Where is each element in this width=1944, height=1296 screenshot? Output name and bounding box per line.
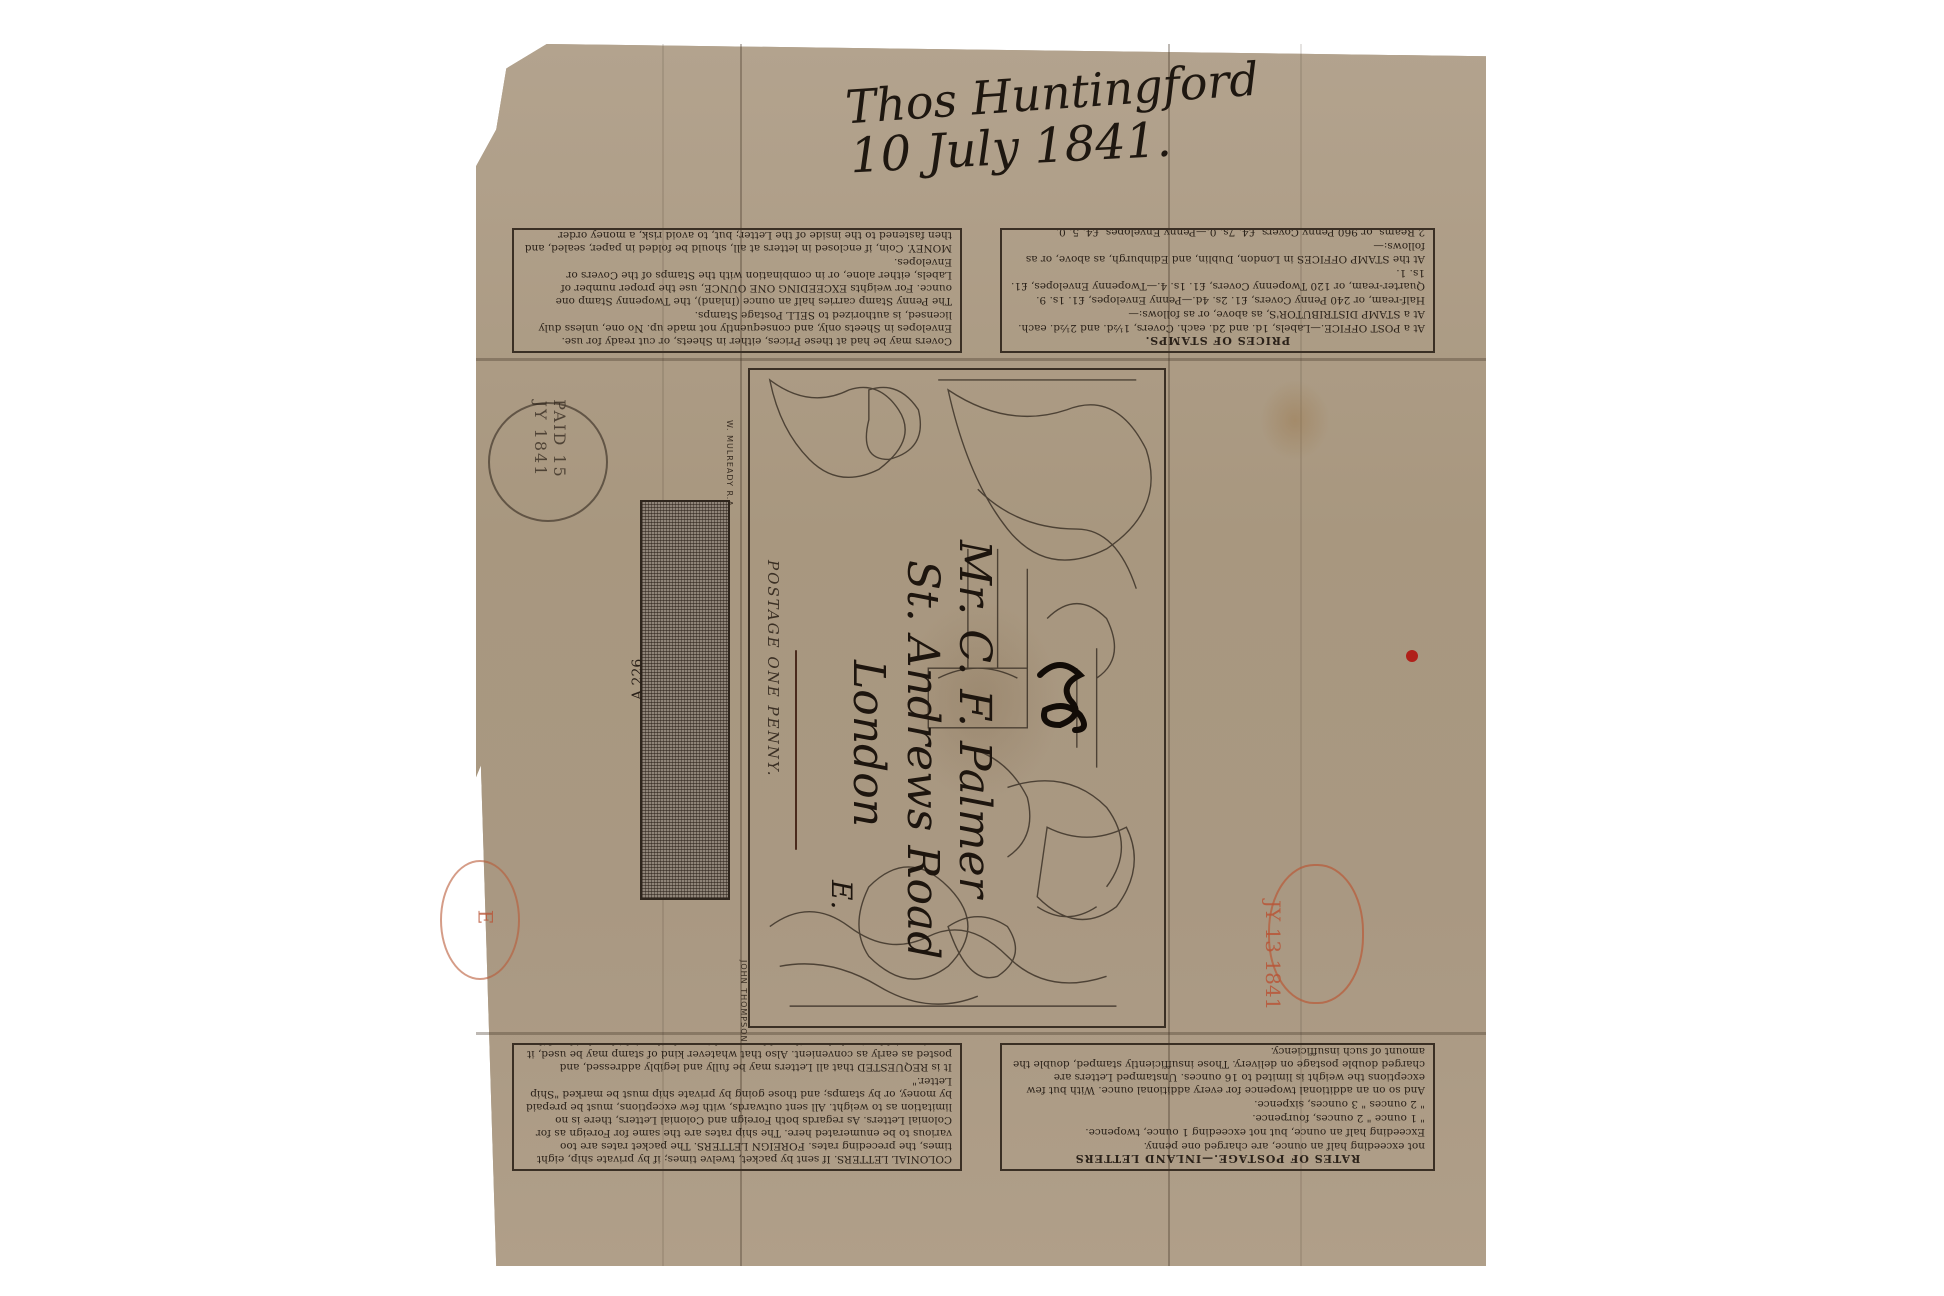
panel-line: not exceeding half an ounce, are charged… (1010, 1139, 1425, 1152)
panel-line: It is REQUESTED that all Letters may be … (522, 1043, 952, 1073)
engine-turned-stamp-panel (640, 500, 730, 900)
panel-line: Quarter-ream, or 120 Twopenny Covers, £1… (1010, 266, 1425, 292)
prices-of-stamps-panel: PRICES OF STAMPS. At a POST OFFICE.—Labe… (1000, 228, 1435, 353)
panel-heading: RATES OF POSTAGE.—INLAND LETTERS (1010, 1152, 1425, 1165)
engraver-credit: JOHN THOMPSON (739, 960, 748, 1042)
red-postmark-left-text: E (473, 910, 497, 925)
panel-line: COLONIAL LETTERS. If sent by packet, twe… (522, 1074, 952, 1165)
panel-line: And so on an additional twopence for eve… (1010, 1044, 1425, 1096)
colonial-foreign-letters-panel: COLONIAL LETTERS. If sent by packet, twe… (512, 1043, 962, 1171)
covers-money-panel: Covers may be had at these Prices, eithe… (512, 228, 962, 353)
postage-one-penny-label: POSTAGE ONE PENNY. (764, 560, 782, 778)
panel-line: Covers may be had at these Prices, eithe… (522, 308, 952, 347)
address-underline (795, 650, 797, 850)
panel-line: MONEY. Coin, if enclosed in letters at a… (522, 228, 952, 254)
monogram-flourish (1030, 655, 1100, 735)
address-line-street: St. Andrews Road (897, 560, 948, 959)
panel-heading: PRICES OF STAMPS. (1010, 334, 1425, 347)
panel-line: At a POST OFFICE.—Labels, 1d. and 2d. ea… (1010, 321, 1425, 334)
address-line-city: London (843, 660, 894, 827)
rates-of-postage-panel: RATES OF POSTAGE.—INLAND LETTERS not exc… (1000, 1043, 1435, 1171)
fold-line (476, 358, 1486, 361)
red-datestamp-text: JY 13 1841 (1261, 900, 1285, 1010)
artist-credit: W. MULREADY R.A. (725, 420, 734, 510)
panel-line: At a STAMP DISTRIBUTOR'S, as above, or a… (1010, 307, 1425, 320)
panel-line: Exceeding half an ounce, but not exceedi… (1010, 1125, 1425, 1138)
stereo-number: A 226 (630, 659, 646, 700)
panel-line: The Penny Stamp carries half an ounce (I… (522, 255, 952, 307)
fold-line (476, 1032, 1486, 1035)
address-line-district: E. (825, 880, 858, 909)
panel-line: " 2 ounces " 3 ounces, sixpence. (1010, 1097, 1425, 1110)
panel-line: At the STAMP OFFICES in London, Dublin, … (1010, 239, 1425, 265)
panel-line: " 1 ounce " 2 ounces, fourpence. (1010, 1111, 1425, 1124)
stain (1260, 380, 1330, 460)
panel-line: 2 Reams, or 960 Penny Covers, £4. 7s. 0.… (1010, 228, 1425, 238)
black-postmark-text: PAID 15 JY 1841 (531, 394, 569, 484)
address-line-name: Mr. C. F. Palmer (949, 540, 1000, 898)
wax-seal-remnant (1406, 650, 1418, 662)
panel-line: Half-ream, or 240 Penny Covers, £1. 2s. … (1010, 293, 1425, 306)
